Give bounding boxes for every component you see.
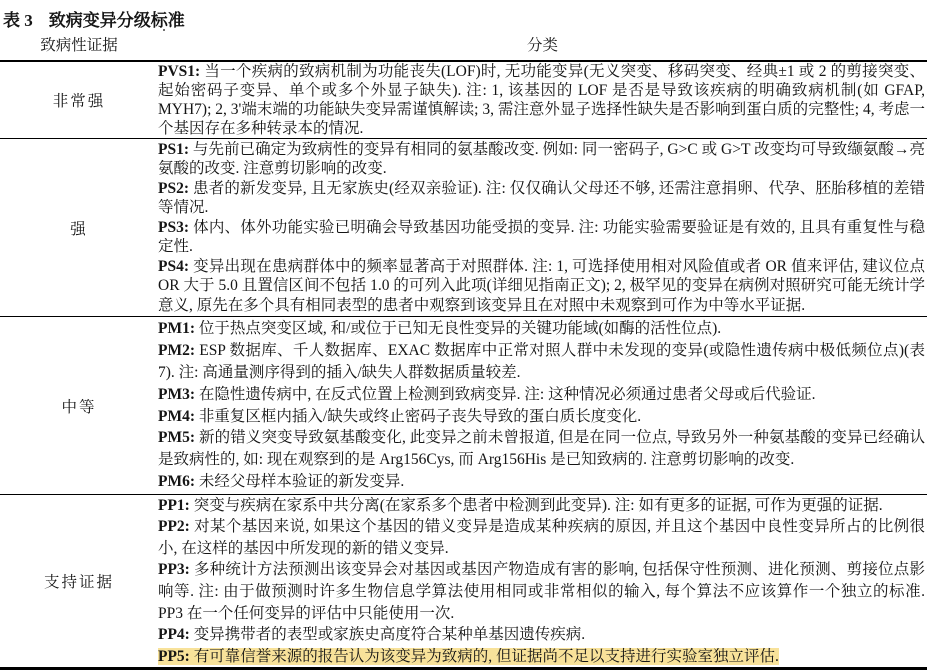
criterion-code: PVS1: [158,63,200,80]
criterion-text: PP4: 变异携带者的表型或家族史高度符合某种单基因遗传疾病. [158,626,585,643]
criterion-item: PS2: 患者的新发变异, 且无家族史(经双亲验证). 注: 仅仅确认父母还不够… [158,179,925,218]
criterion-code: PS1: [158,141,189,158]
criterion-item: PP5: 有可靠信誉来源的报告认为该变异为致病的, 但证据尚不足以支持进行实验室… [158,646,925,668]
criterion-item: PP2: 对某个基因来说, 如果这个基因的错义变异是造成某种疾病的原因, 并且这… [158,516,925,559]
criterion-text: PS1: 与先前已确定为致病性的变异有相同的氨基酸改变. 例如: 同一密码子, … [158,141,925,178]
criterion-code: PP3: [158,561,190,578]
criterion-item: PM4: 非重复区框内插入/缺失或终止密码子丧失导致的蛋白质长度变化. [158,406,925,428]
criterion-text: PM6: 未经父母样本验证的新发变异. [158,473,404,490]
table-header-row: 致病性证据 分类 [0,28,927,60]
criterion-item: PM6: 未经父母样本验证的新发变异. [158,471,925,493]
criterion-item: PS3: 体内、体外功能实验已明确会导致基因功能受损的变异. 注: 功能实验需要… [158,218,925,257]
criteria-list: PP1: 突变与疾病在家系中共分离(在家系多个患者中检测到此变异). 注: 如有… [158,495,927,667]
criterion-item: PM2: ESP 数据库、千人数据库、EXAC 数据库中正常对照人群中未发现的变… [158,340,925,384]
criterion-item: PP3: 多种统计方法预测出该变异会对基因或基因产物造成有害的影响, 包括保守性… [158,559,925,624]
criterion-code: PM2: [158,342,195,359]
table-number: 表 3 [3,6,33,31]
criterion-text: PM3: 在隐性遗传病中, 在反式位置上检测到致病变异. 注: 这种情况必须通过… [158,386,815,403]
criterion-text: PM5: 新的错义突变导致氨基酸变化, 此变异之前未曾报道, 但是在同一位点, … [158,429,925,468]
criterion-text: PP1: 突变与疾病在家系中共分离(在家系多个患者中检测到此变异). 注: 如有… [158,497,883,514]
criterion-text: PS2: 患者的新发变异, 且无家族史(经双亲验证). 注: 仅仅确认父母还不够… [158,180,925,217]
criterion-code: PM5: [158,429,195,446]
column-header-evidence: 致病性证据 [0,33,158,55]
criterion-text: PS4: 变异出现在患病群体中的频率显著高于对照群体. 注: 1, 可选择使用相… [158,258,925,314]
scan-artifact-dot [163,29,165,31]
evidence-level-label: 支持证据 [0,495,158,667]
criterion-item: PS4: 变异出现在患病群体中的频率显著高于对照群体. 注: 1, 可选择使用相… [158,257,925,316]
criterion-item: PP1: 突变与疾病在家系中共分离(在家系多个患者中检测到此变异). 注: 如有… [158,495,925,517]
criterion-text: PM2: ESP 数据库、千人数据库、EXAC 数据库中正常对照人群中未发现的变… [158,342,925,381]
document-page: 表 3 致病变异分级标准 致病性证据 分类 非常强PVS1: 当一个疾病的致病机… [0,0,927,671]
criterion-text: PP2: 对某个基因来说, 如果这个基因的错义变异是造成某种疾病的原因, 并且这… [158,518,925,557]
table-row: 强PS1: 与先前已确定为致病性的变异有相同的氨基酸改变. 例如: 同一密码子,… [0,139,927,317]
table-title-text: 致病变异分级标准 [49,6,185,31]
criterion-item: PM3: 在隐性遗传病中, 在反式位置上检测到致病变异. 注: 这种情况必须通过… [158,384,925,406]
criterion-code: PS3: [158,219,189,236]
criterion-code: PP4: [158,626,190,643]
criterion-code: PP5: [158,648,190,665]
criterion-code: PP2: [158,518,190,535]
column-header-classification: 分类 [158,33,927,55]
criteria-list: PM1: 位于热点突变区域, 和/或位于已知无良性变异的关键功能域(如酶的活性位… [158,317,927,494]
criterion-text: PP3: 多种统计方法预测出该变异会对基因或基因产物造成有害的影响, 包括保守性… [158,561,925,621]
criterion-code: PM6: [158,473,195,490]
criterion-text: PM4: 非重复区框内插入/缺失或终止密码子丧失导致的蛋白质长度变化. [158,408,641,425]
criterion-text: PVS1: 当一个疾病的致病机制为功能丧失(LOF)时, 无功能变异(无义突变、… [158,63,925,138]
table-body: 非常强PVS1: 当一个疾病的致病机制为功能丧失(LOF)时, 无功能变异(无义… [0,60,927,670]
criterion-item: PVS1: 当一个疾病的致病机制为功能丧失(LOF)时, 无功能变异(无义突变、… [158,62,925,139]
criterion-code: PS2: [158,180,189,197]
table-row: 支持证据PP1: 突变与疾病在家系中共分离(在家系多个患者中检测到此变异). 注… [0,495,927,670]
criterion-item: PS1: 与先前已确定为致病性的变异有相同的氨基酸改变. 例如: 同一密码子, … [158,140,925,179]
criterion-code: PP1: [158,497,190,514]
criterion-code: PS4: [158,258,189,275]
evidence-level-label: 强 [0,139,158,316]
criterion-code: PM4: [158,408,195,425]
highlighted-criterion-text: PP5: 有可靠信誉来源的报告认为该变异为致病的, 但证据尚不足以支持进行实验室… [158,648,779,665]
evidence-level-label: 非常强 [0,62,158,138]
criteria-list: PS1: 与先前已确定为致病性的变异有相同的氨基酸改变. 例如: 同一密码子, … [158,139,927,316]
table-row: 非常强PVS1: 当一个疾病的致病机制为功能丧失(LOF)时, 无功能变异(无义… [0,62,927,139]
criterion-code: PM3: [158,386,195,403]
criterion-text: PM1: 位于热点突变区域, 和/或位于已知无良性变异的关键功能域(如酶的活性位… [158,320,721,337]
criterion-item: PM1: 位于热点突变区域, 和/或位于已知无良性变异的关键功能域(如酶的活性位… [158,318,925,340]
evidence-level-label: 中等 [0,317,158,494]
criterion-code: PM1: [158,320,195,337]
criterion-text: PS3: 体内、体外功能实验已明确会导致基因功能受损的变异. 注: 功能实验需要… [158,219,925,256]
criterion-item: PM5: 新的错义突变导致氨基酸变化, 此变异之前未曾报道, 但是在同一位点, … [158,427,925,471]
criterion-item: PP4: 变异携带者的表型或家族史高度符合某种单基因遗传疾病. [158,624,925,646]
table-row: 中等PM1: 位于热点突变区域, 和/或位于已知无良性变异的关键功能域(如酶的活… [0,317,927,495]
table-title: 表 3 致病变异分级标准 [0,0,927,28]
criteria-list: PVS1: 当一个疾病的致病机制为功能丧失(LOF)时, 无功能变异(无义突变、… [158,62,927,138]
